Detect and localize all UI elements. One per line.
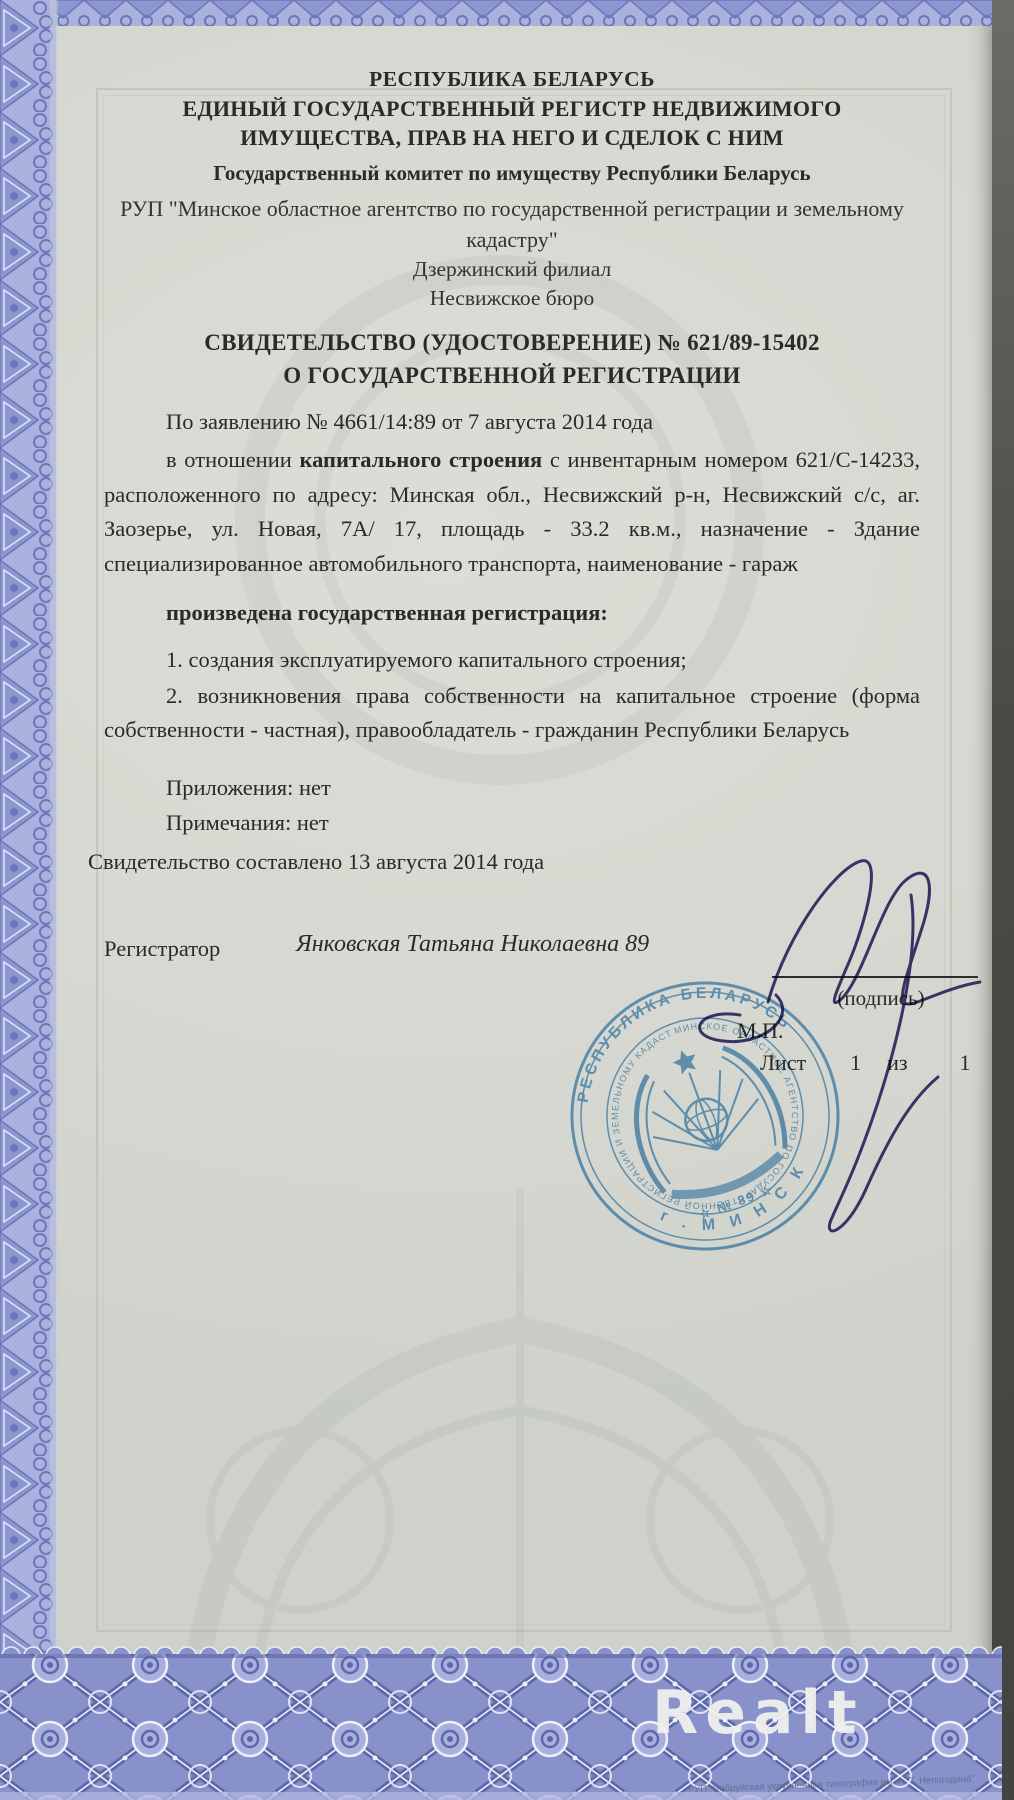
registration-heading: произведена государственная регистрация: xyxy=(104,598,920,628)
bureau-name: Несвижское бюро xyxy=(104,284,920,313)
certificate-text: РЕСПУБЛИКА БЕЛАРУСЬ ЕДИНЫЙ ГОСУДАРСТВЕНН… xyxy=(104,64,920,877)
certificate-title-line1: СВИДЕТЕЛЬСТВО (УДОСТОВЕРЕНИЕ) № 621/89-1… xyxy=(104,326,920,359)
notes-line: Примечания: нет xyxy=(104,808,920,838)
registration-items: 1. создания эксплуатируемого капитальног… xyxy=(104,643,920,748)
country-header: РЕСПУБЛИКА БЕЛАРУСЬ xyxy=(104,64,920,94)
subject-prefix: в отношении xyxy=(166,447,299,472)
registration-item-2: 2. возникновения права собственности на … xyxy=(104,679,920,748)
realt-watermark: Realt xyxy=(652,1678,864,1748)
agency-name: РУП "Минское областное агентство по госу… xyxy=(104,193,920,255)
registry-name-line2: ИМУЩЕСТВА, ПРАВ НА НЕГО И СДЕЛОК С НИМ xyxy=(104,123,920,152)
subject-object: капитального строения xyxy=(299,447,542,472)
certificate-photo: РЕСПУБЛИКА БЕЛАРУСЬ ЕДИНЫЙ ГОСУДАРСТВЕНН… xyxy=(0,0,1014,1800)
subject-paragraph: в отношении капитального строения с инве… xyxy=(104,443,920,581)
attachments-line: Приложения: нет xyxy=(104,773,920,803)
certificate-title-line2: О ГОСУДАРСТВЕННОЙ РЕГИСТРАЦИИ xyxy=(104,359,920,392)
committee-name: Государственный комитет по имуществу Рес… xyxy=(104,158,920,188)
application-line: По заявлению № 4661/14:89 от 7 августа 2… xyxy=(104,407,920,437)
registrar-signature xyxy=(590,840,1010,1270)
registry-name-line1: ЕДИНЫЙ ГОСУДАРСТВЕННЫЙ РЕГИСТР НЕДВИЖИМО… xyxy=(104,94,920,123)
branch-name: Дзержинский филиал xyxy=(104,255,920,284)
registrar-label: Регистратор xyxy=(104,936,220,962)
registration-item-1: 1. создания эксплуатируемого капитальног… xyxy=(104,643,920,678)
